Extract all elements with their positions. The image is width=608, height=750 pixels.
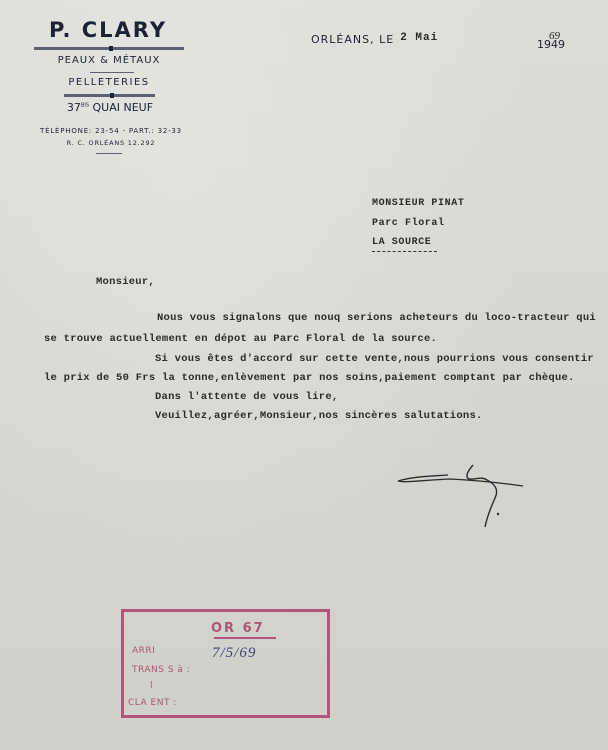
- recipient-underline: [372, 251, 437, 252]
- letter-page: P. CLARY PEAUX & MÉTAUX PELLETERIES 37BI…: [0, 0, 608, 750]
- body-line: Si vous êtes d'accord sur cette vente,no…: [155, 353, 594, 365]
- salutation: Monsieur,: [96, 276, 155, 288]
- letterhead-trade-1: PEAUX & MÉTAUX: [30, 55, 188, 66]
- recipient-line-2: Parc Floral: [372, 218, 445, 229]
- letterhead-rule: [34, 47, 184, 50]
- letterhead-divider: [90, 72, 134, 73]
- body-line: se trouve actuellement en dépot au Parc …: [44, 333, 437, 345]
- stamp-field-classement: CLA ENT :: [128, 698, 177, 708]
- arrival-stamp: OR 67 ARRI 7/5/69 TRANS S à : l CLA ENT …: [121, 609, 330, 718]
- year-correction: 69: [549, 30, 560, 42]
- letterhead-divider: [96, 153, 122, 154]
- recipient-name: MONSIEUR PINAT: [372, 198, 464, 209]
- body-line: Nous vous signalons que nouq serions ach…: [157, 312, 596, 324]
- date-year: 1949 69: [537, 38, 565, 51]
- stamp-code: OR 67: [211, 621, 265, 636]
- stamp-field-transmis: TRANS S à :: [132, 665, 190, 675]
- letterhead-rule: [64, 94, 155, 97]
- letterhead-registry: R. C. ORLÉANS 12.292: [26, 139, 196, 147]
- stamp-field-blank: l: [150, 681, 153, 691]
- body-line: Veuillez,agréer,Monsieur,nos sincères sa…: [155, 410, 483, 422]
- stamp-arrival-date: 7/5/69: [212, 645, 256, 662]
- company-name: P. CLARY: [28, 18, 188, 42]
- body-line: Dans l'attente de vous lire,: [155, 391, 338, 403]
- letterhead-trade-2: PELLETERIES: [30, 77, 188, 88]
- stamp-rule: [214, 637, 276, 639]
- date-line: ORLÉANS, LE2 Mai: [311, 33, 438, 47]
- letterhead-telephone: TÉLÉPHONE: 23-54 - PART.: 32-33: [26, 127, 196, 135]
- stamp-field-arrivee: ARRI: [132, 646, 155, 656]
- body-line: le prix de 50 Frs la tonne,enlèvement pa…: [44, 372, 575, 384]
- signature: [395, 462, 535, 532]
- letterhead-address: 37BIS QUAI NEUF: [30, 101, 190, 114]
- date-day-month: 2 Mai: [400, 32, 438, 44]
- recipient-line-3: LA SOURCE: [372, 237, 431, 248]
- date-place: ORLÉANS, LE: [311, 33, 394, 46]
